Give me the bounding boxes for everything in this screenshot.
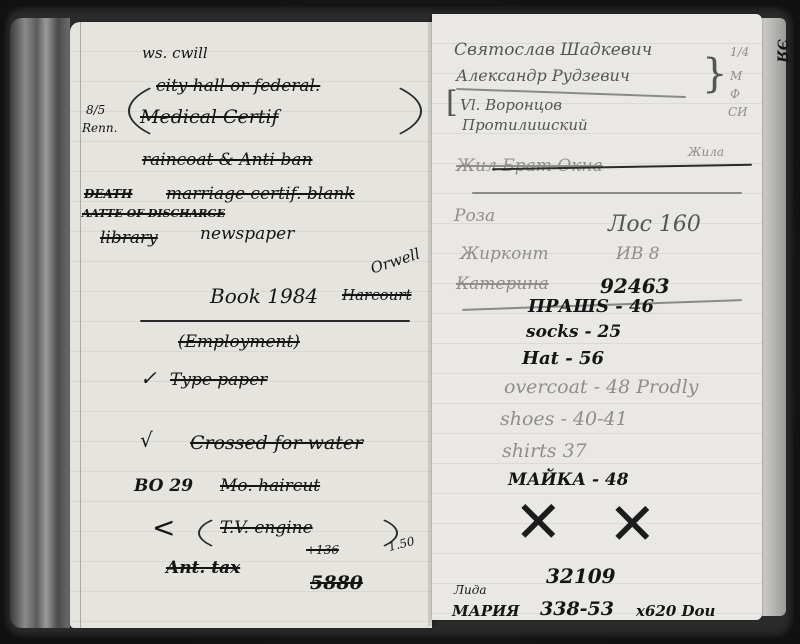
size-entry: МАЙКА - 48 — [508, 472, 629, 489]
margin-note: Renn. — [82, 122, 117, 134]
note-line: Александр Рудзевич — [456, 68, 630, 84]
note-line: ws. cwill — [142, 46, 208, 61]
note-line: +136 — [306, 544, 339, 556]
note-line: Vl. Воронцов — [460, 98, 562, 113]
margin-line — [80, 22, 81, 628]
note-line: 5880 — [310, 574, 363, 593]
phone-number: 338-53 — [540, 600, 614, 619]
note-line: T.V. engine — [220, 520, 313, 537]
note-line: Роза — [454, 208, 495, 225]
note-line: ИВ 8 — [616, 246, 660, 263]
note-line: Crossed for water — [190, 434, 363, 453]
phone-number: 92463 — [600, 276, 670, 296]
note-line: Harcourt — [342, 288, 412, 303]
divider — [140, 320, 410, 322]
note-line: raincoat & Anti-ban — [142, 152, 313, 169]
note-line: (Employment) — [178, 334, 300, 351]
note-line: newspaper — [200, 226, 294, 243]
size-entry: socks - 25 — [526, 324, 621, 341]
note-line: Лос 160 — [608, 214, 701, 236]
margin-note: Ф — [730, 88, 740, 100]
margin-note: СИ — [728, 106, 748, 118]
margin-note: М — [730, 70, 742, 82]
notebook-spine — [10, 18, 70, 628]
cross-mark: ✕ — [514, 488, 563, 556]
size-entry: shoes - 40-41 — [500, 410, 628, 429]
note-line: city hall or federal. — [156, 78, 320, 95]
bracket: [ — [446, 88, 458, 118]
check-mark: ✓ — [140, 368, 157, 388]
note-line: Святослав Шадкевич — [454, 42, 652, 59]
less-than-mark: < — [152, 514, 175, 542]
note-line: Orwell — [369, 247, 422, 277]
note-line: DEATH — [84, 188, 132, 200]
note-line: library — [100, 230, 158, 247]
address-note: x620 Dou — [636, 604, 715, 619]
note-line: Ant. tax — [166, 560, 240, 577]
note-line: Жирконт — [460, 246, 549, 263]
page-edges — [762, 18, 786, 616]
note-line: Book 1984 — [210, 286, 318, 306]
note-line: Жила — [688, 146, 724, 158]
note-line: BO 29 — [134, 478, 193, 495]
size-entry: shirts 37 — [502, 442, 587, 461]
note-line: Medical Certif — [140, 108, 279, 127]
edge-note: ЭЯ — [775, 39, 789, 62]
size-entry: ПРАШS - 46 — [528, 298, 654, 316]
brace: } — [702, 54, 727, 94]
size-entry: overcoat - 48 Prodly — [504, 378, 699, 397]
note-line: Type paper — [170, 372, 267, 389]
phone-number: 32109 — [546, 566, 616, 586]
note-line: Протилишский — [462, 118, 588, 133]
left-page: ws. cwill city hall or federal. Medical … — [70, 22, 432, 628]
note-line: marriage certif. blank — [166, 186, 355, 203]
margin-note: 1/4 — [730, 46, 749, 58]
note-line: Катерина — [456, 276, 549, 293]
note-line: Mo. haircut — [220, 478, 320, 495]
divider — [472, 192, 742, 194]
date-note: 8/5 — [86, 104, 105, 116]
check-mark: √ — [140, 430, 153, 450]
size-entry: Hat - 56 — [522, 350, 604, 368]
name-note: МАРИЯ — [452, 604, 520, 619]
cross-mark: ✕ — [608, 490, 657, 558]
right-page: Святослав Шадкевич Александр Рудзевич [ … — [432, 14, 762, 620]
name-note: Лида — [454, 584, 487, 596]
note-line: AATTE OF DISCHARGE — [82, 208, 225, 219]
